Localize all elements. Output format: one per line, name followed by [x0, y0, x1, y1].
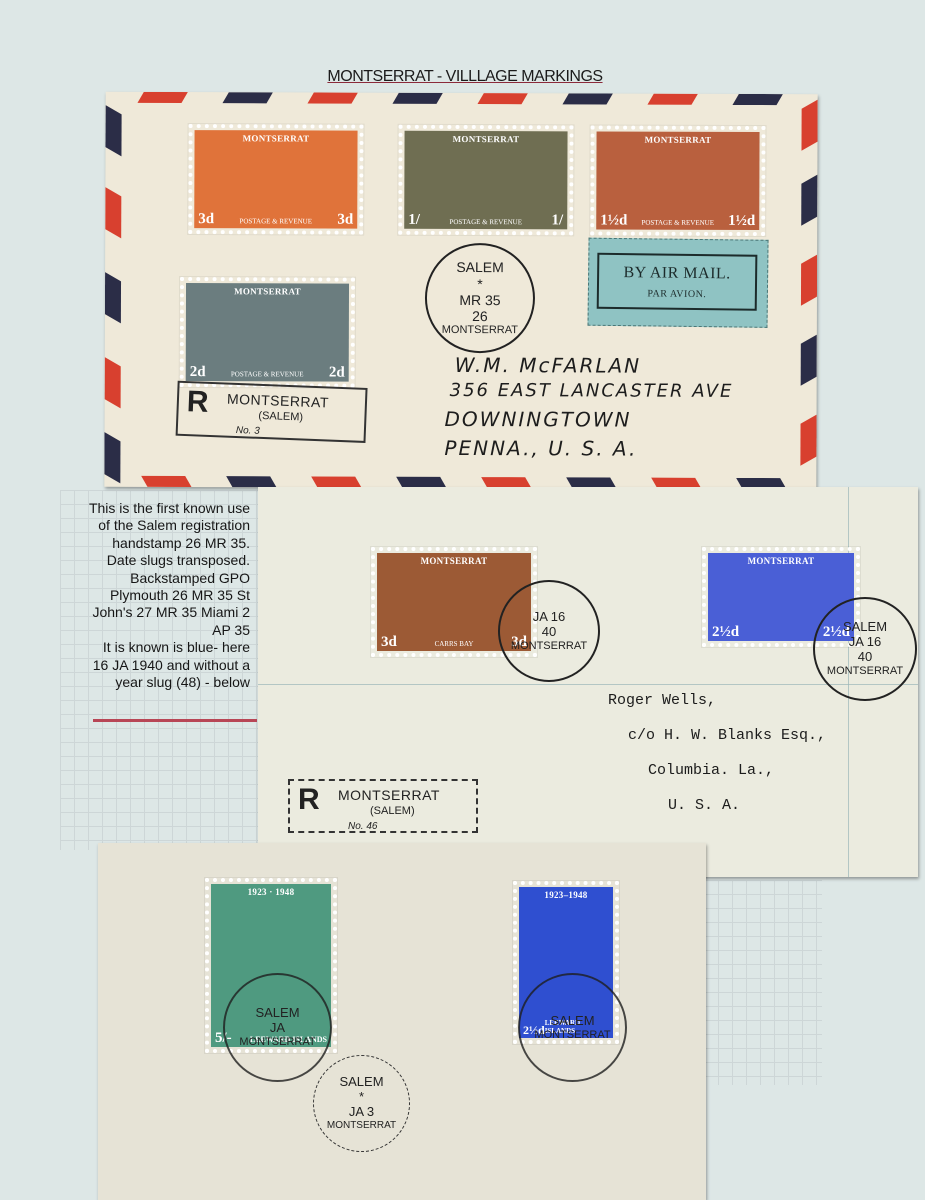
stamp-1-5d-brown: MONTSERRAT 1½dPOSTAGE & REVENUE1½d	[590, 125, 765, 236]
postmark-left: JA 16 40 MONTSERRAT	[498, 580, 600, 682]
address-line-3: Columbia. La.,	[648, 762, 774, 779]
airmail-label: BY AIR MAIL. PAR AVION.	[587, 238, 768, 328]
postmark-blue-stamp: SALEM MONTSERRAT	[518, 973, 627, 1082]
airmail-cover: MONTSERRAT 3dPOSTAGE & REVENUE3d MONTSER…	[104, 92, 817, 489]
address-line-4: PENNA., U. S. A.	[444, 436, 637, 461]
postmark-right: SALEM JA 16 40 MONTSERRAT	[813, 597, 917, 701]
annotation-text: This is the first known use of the Salem…	[58, 500, 250, 691]
address-line-2: 356 EAST LANCASTER AVE	[450, 380, 734, 402]
registration-handstamp: R MONTSERRAT (SALEM) No. 3	[176, 381, 368, 443]
annotation-rule	[93, 719, 257, 722]
album-grid-right	[704, 880, 822, 1085]
address-line-1: W.M. McFARLAN	[455, 353, 642, 378]
postmark-salem-ja3: SALEM * JA 3 MONTSERRAT	[313, 1055, 410, 1152]
address-line-1: Roger Wells,	[608, 692, 716, 709]
silver-wedding-cover: 1923 · 1948 5/-LEEWARD ISLANDS 1923–1948…	[98, 843, 706, 1200]
address-line-2: c/o H. W. Blanks Esq.,	[628, 727, 826, 744]
registered-cover-1940: MONTSERRAT 3dCARRS BAY3d MONTSERRAT 2½d2…	[258, 487, 918, 877]
stamp-1s-olive: MONTSERRAT 1/POSTAGE & REVENUE1/	[398, 125, 573, 236]
postmark-green-stamp: SALEM JA MONTSERRAT	[223, 973, 332, 1082]
stamp-3d-orange: MONTSERRAT 3dPOSTAGE & REVENUE3d	[188, 124, 363, 235]
salem-postmark: SALEM * MR 35 26 MONTSERRAT	[425, 243, 535, 353]
stamp-2d-grey: MONTSERRAT 2dPOSTAGE & REVENUE2d	[180, 277, 355, 388]
address-line-4: U. S. A.	[668, 797, 740, 814]
page-title: MONTSERRAT - VILLLAGE MARKINGS	[300, 68, 630, 86]
registration-handstamp: R MONTSERRAT (SALEM) No. 46	[288, 779, 478, 833]
address-line-3: DOWNINGTOWN	[445, 407, 632, 432]
